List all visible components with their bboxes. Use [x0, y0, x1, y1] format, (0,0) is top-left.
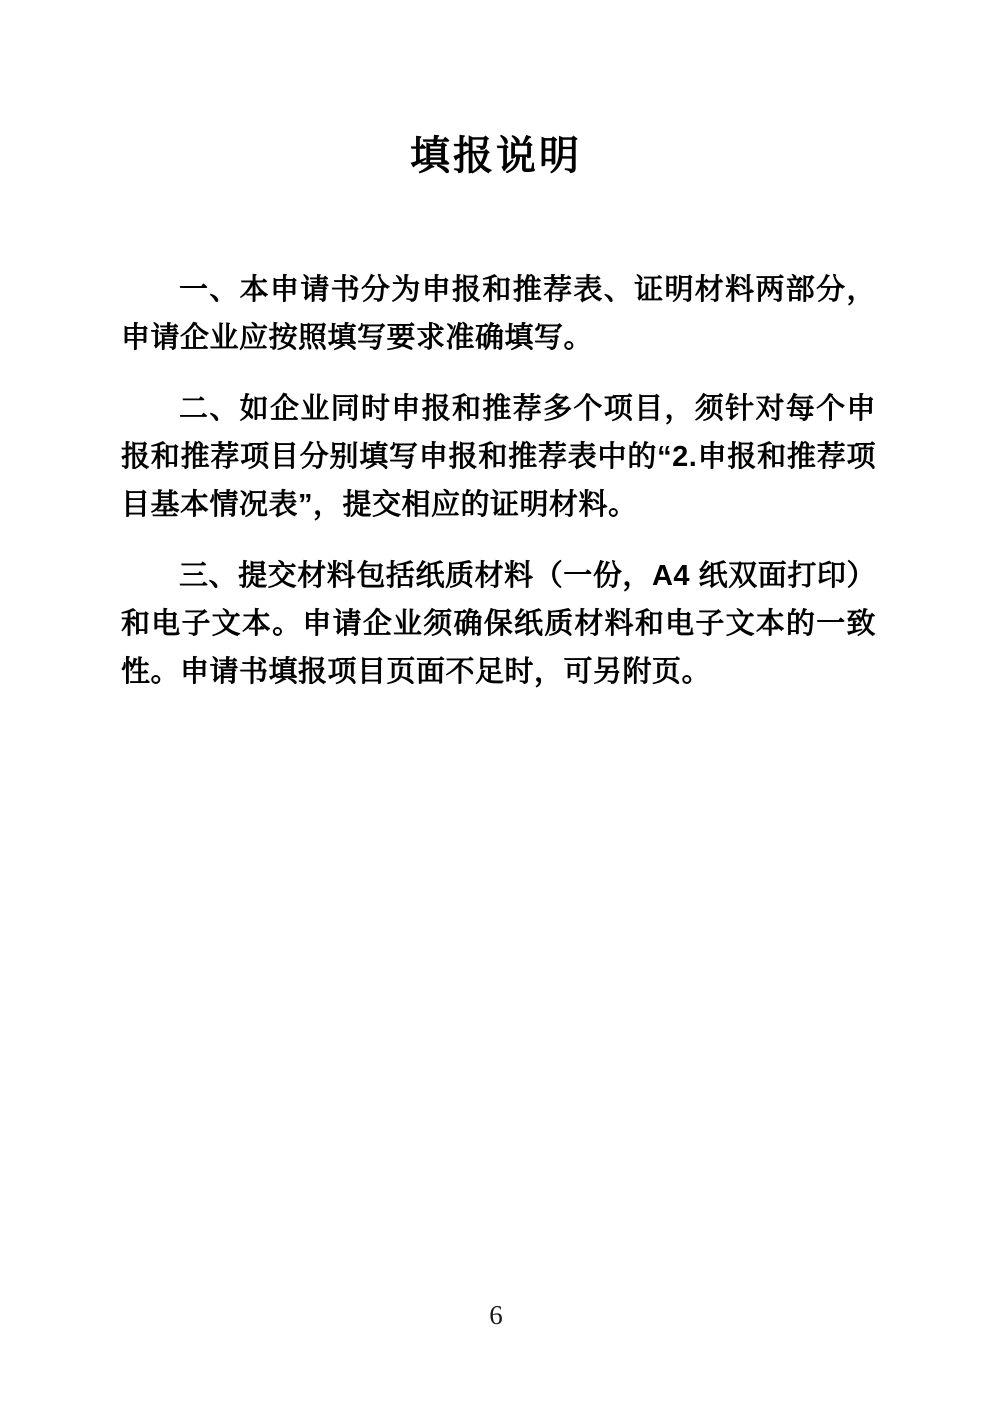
instruction-paragraph-2: 二、如企业同时申报和推荐多个项目，须针对每个申报和推荐项目分别填写申报和推荐表中…: [121, 385, 876, 529]
page-number: 6: [489, 1300, 503, 1330]
instruction-paragraph-3: 三、提交材料包括纸质材料（一份，A4 纸双面打印）和电子文本。申请企业须确保纸质…: [121, 552, 876, 696]
document-page: 填报说明 一、本申请书分为申报和推荐表、证明材料两部分，申请企业应按照填写要求准…: [0, 0, 992, 1403]
page-footer: 6: [0, 1299, 992, 1331]
page-title: 填报说明: [0, 0, 992, 180]
instructions-body: 一、本申请书分为申报和推荐表、证明材料两部分，申请企业应按照填写要求准确填写。 …: [121, 266, 876, 696]
instruction-paragraph-1: 一、本申请书分为申报和推荐表、证明材料两部分，申请企业应按照填写要求准确填写。: [121, 266, 876, 362]
